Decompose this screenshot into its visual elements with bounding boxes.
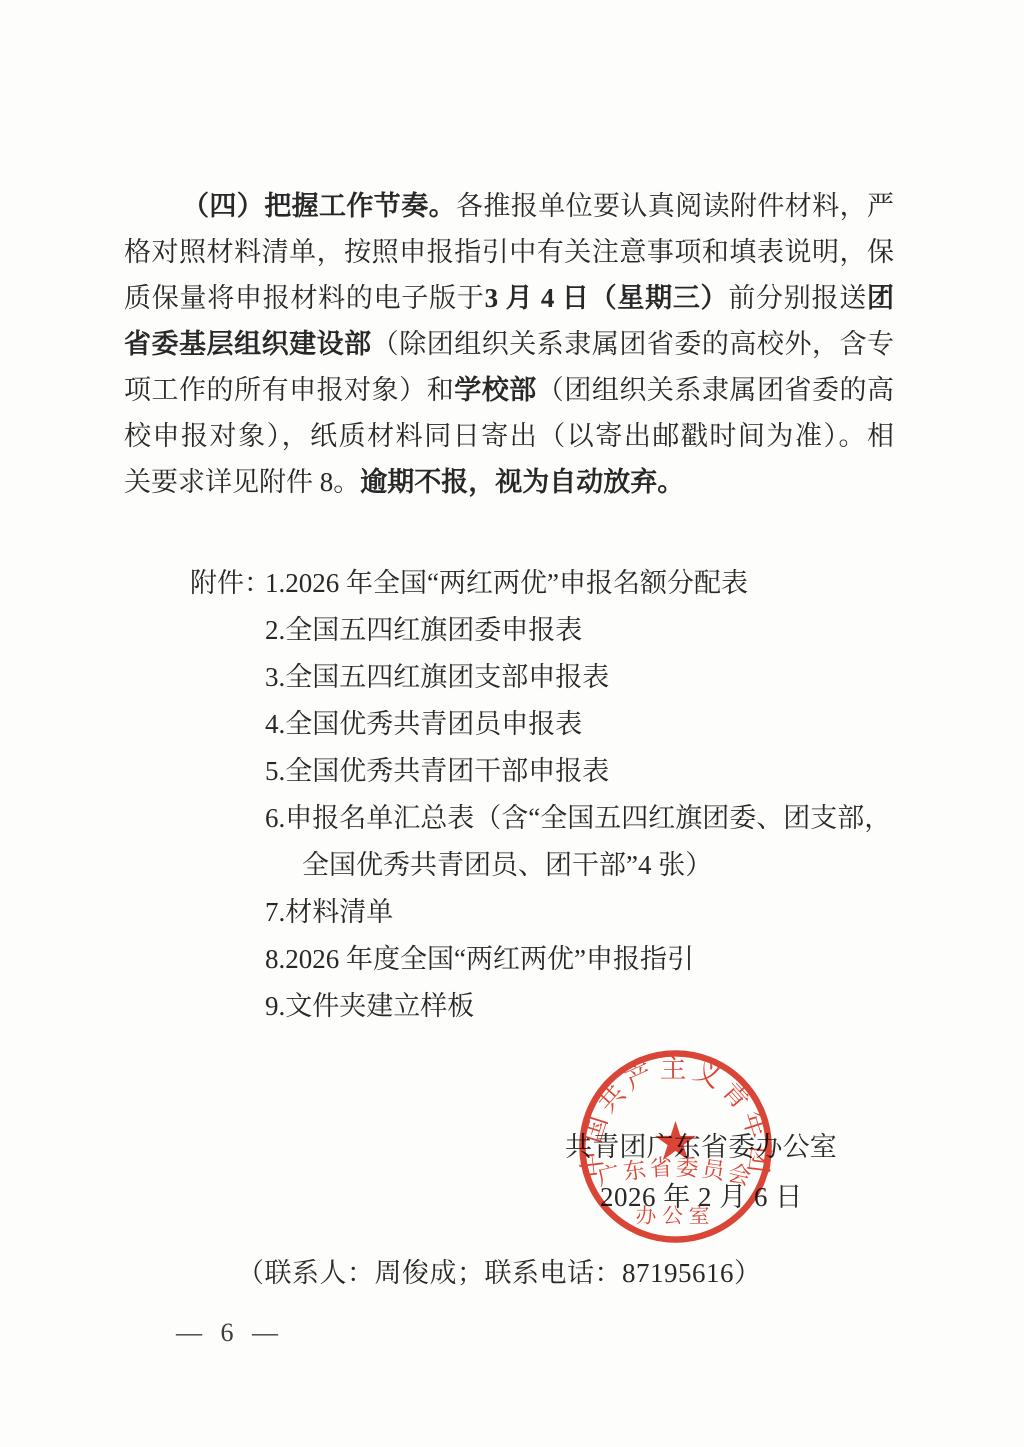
signature-org: 共青团广东省委办公室 — [565, 1132, 837, 1162]
attachment-item: 7.材料清单 — [265, 889, 925, 936]
paragraph-line: 校申报对象），纸质材料同日寄出（以寄出邮戳时间为准）。相 — [124, 413, 894, 459]
body-text: 质保量将申报材料的电子版于 — [124, 283, 485, 313]
attachment-item: 全国优秀共青团员、团干部”4 张） — [265, 842, 925, 889]
attachment-item: 4.全国优秀共青团员申报表 — [265, 701, 925, 748]
attachment-list: 1.2026 年全国“两红两优”申报名额分配表2.全国五四红旗团委申报表3.全国… — [265, 560, 925, 1030]
body-text: 关要求详见附件 8。 — [124, 467, 360, 497]
signature-date: 2026 年 2 月 6 日 — [600, 1182, 803, 1212]
paragraph-line: 省委基层组织建设部（除团组织关系隶属团省委的高校外，含专 — [124, 321, 894, 367]
body-text: 项工作的所有申报对象）和 — [124, 375, 454, 405]
paragraph-line: 格对照材料清单，按照申报指引中有关注意事项和填表说明，保 — [124, 229, 894, 275]
attachment-item: 8.2026 年度全国“两红两优”申报指引 — [265, 936, 925, 983]
body-text: （除团组织关系隶属团省委的高校外，含专 — [372, 329, 894, 359]
attachment-item: 1.2026 年全国“两红两优”申报名额分配表 — [265, 560, 925, 607]
body-paragraph: （四）把握工作节奏。各推报单位要认真阅读附件材料，严格对照材料清单，按照申报指引… — [124, 183, 894, 505]
contact-line: （联系人：周俊成；联系电话：87195616） — [237, 1256, 762, 1290]
attachment-item: 9.文件夹建立样板 — [265, 983, 925, 1030]
emphasis-text: 3 月 4 日（星期三） — [485, 283, 729, 313]
paragraph-line: 项工作的所有申报对象）和学校部（团组织关系隶属团省委的高 — [124, 367, 894, 413]
attachment-item: 2.全国五四红旗团委申报表 — [265, 607, 925, 654]
body-text: 各推报单位要认真阅读附件材料，严 — [456, 191, 894, 221]
emphasis-text: 逾期不报，视为自动放弃。 — [360, 467, 684, 497]
paragraph-line: 质保量将申报材料的电子版于3 月 4 日（星期三）前分别报送团 — [124, 275, 894, 321]
attachment-item: 5.全国优秀共青团干部申报表 — [265, 748, 925, 795]
document-page: { "document": { "paragraph": { "lines": … — [0, 0, 1024, 1447]
page-number: — 6 — — [176, 1318, 284, 1348]
body-text: 前分别报送 — [728, 283, 867, 313]
attachment-item: 3.全国五四红旗团支部申报表 — [265, 654, 925, 701]
body-text: 格对照材料清单，按照申报指引中有关注意事项和填表说明，保 — [124, 237, 894, 267]
body-text: 校申报对象），纸质材料同日寄出（以寄出邮戳时间为准）。相 — [124, 421, 894, 451]
emphasis-text: 团 — [867, 283, 894, 313]
emphasis-text: 省委基层组织建设部 — [124, 329, 372, 359]
body-text: （团组织关系隶属团省委的高 — [537, 375, 894, 405]
attachment-label: 附件： — [190, 560, 271, 607]
emphasis-text: （四）把握工作节奏。 — [182, 191, 456, 221]
attachment-item: 6.申报名单汇总表（含“全国五四红旗团委、团支部， — [265, 795, 925, 842]
paragraph-line: 关要求详见附件 8。逾期不报，视为自动放弃。 — [124, 459, 894, 505]
paragraph-line: （四）把握工作节奏。各推报单位要认真阅读附件材料，严 — [124, 183, 894, 229]
emphasis-text: 学校部 — [454, 375, 537, 405]
